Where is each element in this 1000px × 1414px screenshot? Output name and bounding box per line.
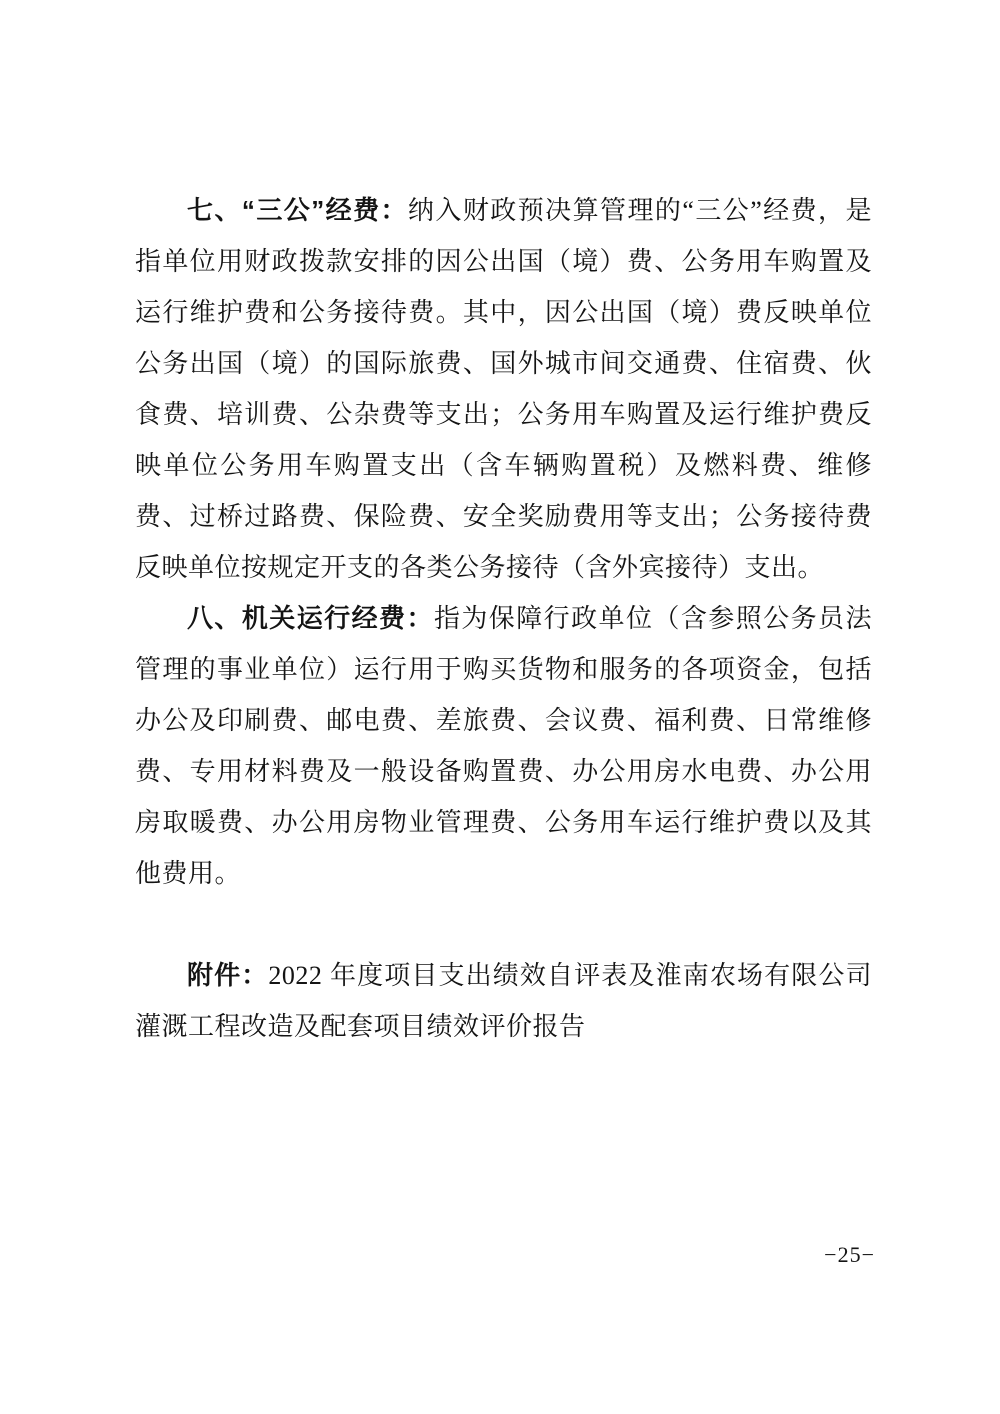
section-jiguan-expenses: 八、机关运行经费：指为保障行政单位（含参照公务员法管理的事业单位）运行用于购买货… xyxy=(135,593,872,899)
document-page: 七、“三公”经费：纳入财政预决算管理的“三公”经费，是指单位用财政拨款安排的因公… xyxy=(0,0,1000,1414)
attachment-note: 附件：2022 年度项目支出绩效自评表及淮南农场有限公司灌溉工程改造及配套项目绩… xyxy=(135,950,872,1052)
page-number: −25− xyxy=(824,1242,875,1268)
section-jiguan-text: 指为保障行政单位（含参照公务员法管理的事业单位）运行用于购买货物和服务的各项资金… xyxy=(135,604,872,888)
section-sangong-expenses: 七、“三公”经费：纳入财政预决算管理的“三公”经费，是指单位用财政拨款安排的因公… xyxy=(135,185,872,593)
section-jiguan-heading: 八、机关运行经费： xyxy=(187,603,434,633)
document-body: 七、“三公”经费：纳入财政预决算管理的“三公”经费，是指单位用财政拨款安排的因公… xyxy=(135,185,872,1052)
section-sangong-text: 纳入财政预决算管理的“三公”经费，是指单位用财政拨款安排的因公出国（境）费、公务… xyxy=(135,196,872,582)
section-sangong-heading: 七、“三公”经费： xyxy=(187,195,408,225)
attachment-label: 附件： xyxy=(187,960,268,990)
